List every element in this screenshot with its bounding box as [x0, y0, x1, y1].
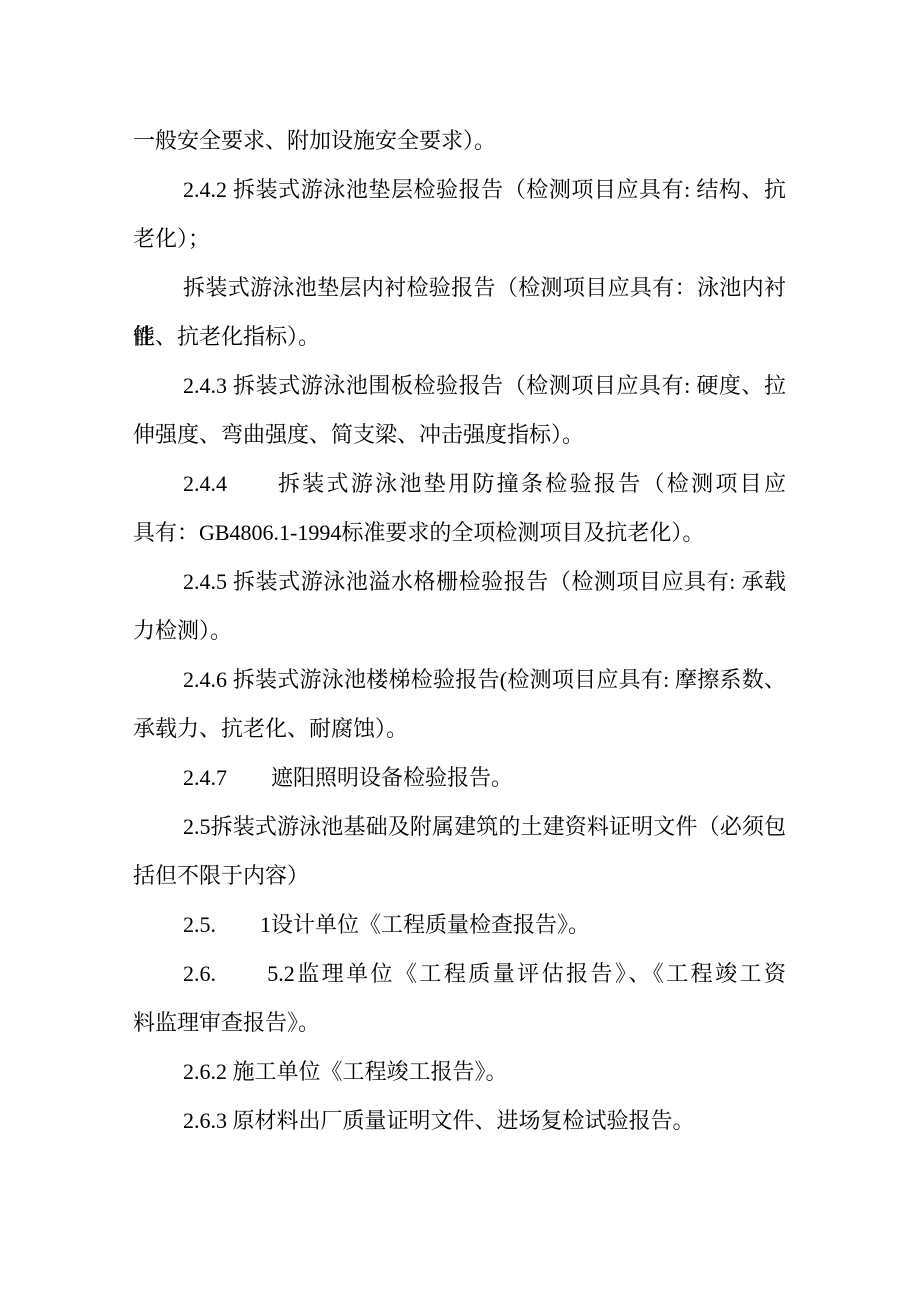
text-line: 料监理审查报告》。 — [133, 998, 786, 1047]
text-line: 拆装式游泳池垫层内衬检验报告（检测项目应具有：泳池内衬性 — [133, 263, 786, 312]
document-text-block: 一般安全要求、附加设施安全要求）。 2.4.2 拆装式游泳池垫层检验报告（检测项… — [133, 116, 786, 1145]
text-line: 老化）； — [133, 214, 786, 263]
text-line: 2.5拆装式游泳池基础及附属建筑的土建资料证明文件（必须包 — [133, 802, 786, 851]
text-line: 2.4.5 拆装式游泳池溢水格栅检验报告（检测项目应具有: 承载 — [133, 557, 786, 606]
text-line: 伸强度、弯曲强度、简支梁、冲击强度指标）。 — [133, 410, 786, 459]
text-line: 承载力、抗老化、耐腐蚀）。 — [133, 704, 786, 753]
text-line: 2.4.7 遮阳照明设备检验报告。 — [133, 753, 786, 802]
text-line: 2.4.6 拆装式游泳池楼梯检验报告(检测项目应具有: 摩擦系数、 — [133, 655, 786, 704]
text-line: 具有：GB4806.1-1994标准要求的全项检测项目及抗老化）。 — [133, 508, 786, 557]
text-line: 一般安全要求、附加设施安全要求）。 — [133, 116, 786, 165]
text-line: 2.4.2 拆装式游泳池垫层检验报告（检测项目应具有: 结构、抗 — [133, 165, 786, 214]
text-line: 能、抗老化指标）。 — [133, 312, 786, 361]
document-page: 一般安全要求、附加设施安全要求）。 2.4.2 拆装式游泳池垫层检验报告（检测项… — [0, 0, 920, 1301]
text-line: 2.4.3 拆装式游泳池围板检验报告（检测项目应具有: 硬度、拉 — [133, 361, 786, 410]
text-line: 2.5. 1设计单位《工程质量检查报告》。 — [133, 900, 786, 949]
text-line: 括但不限于内容） — [133, 851, 786, 900]
text-line: 力检测）。 — [133, 606, 786, 655]
text-line: 2.6. 5.2监理单位《工程质量评估报告》、《工程竣工资 — [133, 949, 786, 998]
text-line: 2.6.2 施工单位《工程竣工报告》。 — [133, 1047, 786, 1096]
text-line: 2.4.4 拆装式游泳池垫用防撞条检验报告（检测项目应 — [133, 459, 786, 508]
text-line: 2.6.3 原材料出厂质量证明文件、进场复检试验报告。 — [133, 1096, 786, 1145]
